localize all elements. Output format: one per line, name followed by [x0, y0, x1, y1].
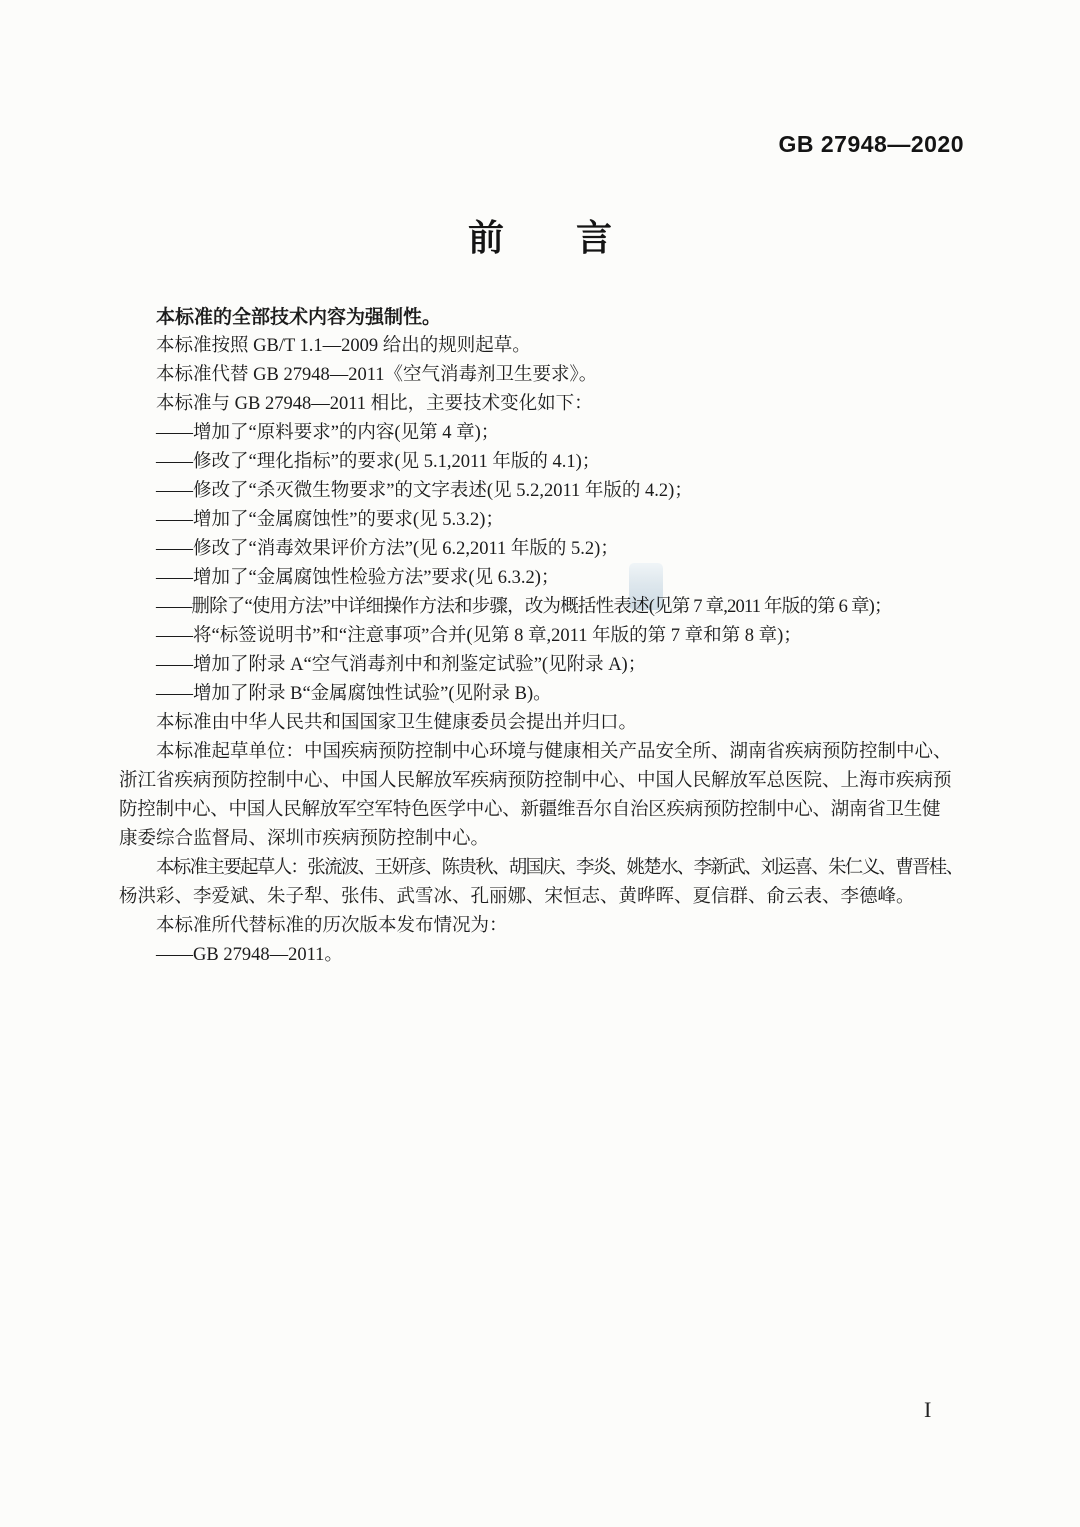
change-item: ——增加了附录 A“空气消毒剂中和剂鉴定试验”(见附录 A)；	[119, 651, 965, 680]
intro-line: 本标准代替 GB 27948—2011《空气消毒剂卫生要求》。	[119, 361, 965, 390]
change-item: ——删除了“使用方法”中详细操作方法和步骤，改为概括性表述(见第 7 章,201…	[119, 593, 965, 622]
drafters-line: 本标准主要起草人：张流波、王妍彦、陈贵秋、胡国庆、李炎、姚楚水、李新武、刘运喜、…	[119, 854, 965, 883]
standard-code: GB 27948—2020	[778, 131, 964, 158]
lead-statement: 本标准的全部技术内容为强制性。	[119, 303, 965, 332]
drafting-unit-line: 康委综合监督局、深圳市疾病预防控制中心。	[119, 825, 965, 854]
change-item: ——增加了“金属腐蚀性检验方法”要求(见 6.3.2)；	[119, 564, 965, 593]
drafters-line: 杨洪彩、李爱斌、朱子犁、张伟、武雪冰、孔丽娜、宋恒志、黄晔晖、夏信群、俞云表、李…	[119, 883, 965, 912]
page-title: 前 言	[0, 210, 1080, 261]
issuer-line: 本标准由中华人民共和国国家卫生健康委员会提出并归口。	[119, 709, 965, 738]
change-item: ——增加了“金属腐蚀性”的要求(见 5.3.2)；	[119, 506, 965, 535]
drafting-unit-line: 防控制中心、中国人民解放军空军特色医学中心、新疆维吾尔自治区疾病预防控制中心、湖…	[119, 796, 965, 825]
scanned-standard-page: GB 27948—2020 前 言 本标准的全部技术内容为强制性。 本标准按照 …	[0, 0, 1080, 1527]
change-item: ——增加了“原料要求”的内容(见第 4 章)；	[119, 419, 965, 448]
change-item: ——修改了“杀灭微生物要求”的文字表述(见 5.2,2011 年版的 4.2)；	[119, 477, 965, 506]
change-item: ——修改了“理化指标”的要求(见 5.1,2011 年版的 4.1)；	[119, 448, 965, 477]
intro-line: 本标准与 GB 27948—2011 相比，主要技术变化如下：	[119, 390, 965, 419]
foreword-body: 本标准的全部技术内容为强制性。 本标准按照 GB/T 1.1—2009 给出的规…	[119, 303, 965, 970]
change-item: ——增加了附录 B“金属腐蚀性试验”(见附录 B)。	[119, 680, 965, 709]
intro-line: 本标准按照 GB/T 1.1—2009 给出的规则起草。	[119, 332, 965, 361]
change-item: ——修改了“消毒效果评价方法”(见 6.2,2011 年版的 5.2)；	[119, 535, 965, 564]
drafting-unit-line: 浙江省疾病预防控制中心、中国人民解放军疾病预防控制中心、中国人民解放军总医院、上…	[119, 767, 965, 796]
change-item: ——将“标签说明书”和“注意事项”合并(见第 8 章,2011 年版的第 7 章…	[119, 622, 965, 651]
drafting-unit-line: 本标准起草单位：中国疾病预防控制中心环境与健康相关产品安全所、湖南省疾病预防控制…	[119, 738, 965, 767]
history-intro: 本标准所代替标准的历次版本发布情况为：	[119, 912, 965, 941]
page-number: I	[924, 1397, 931, 1423]
history-item: ——GB 27948—2011。	[119, 941, 965, 970]
